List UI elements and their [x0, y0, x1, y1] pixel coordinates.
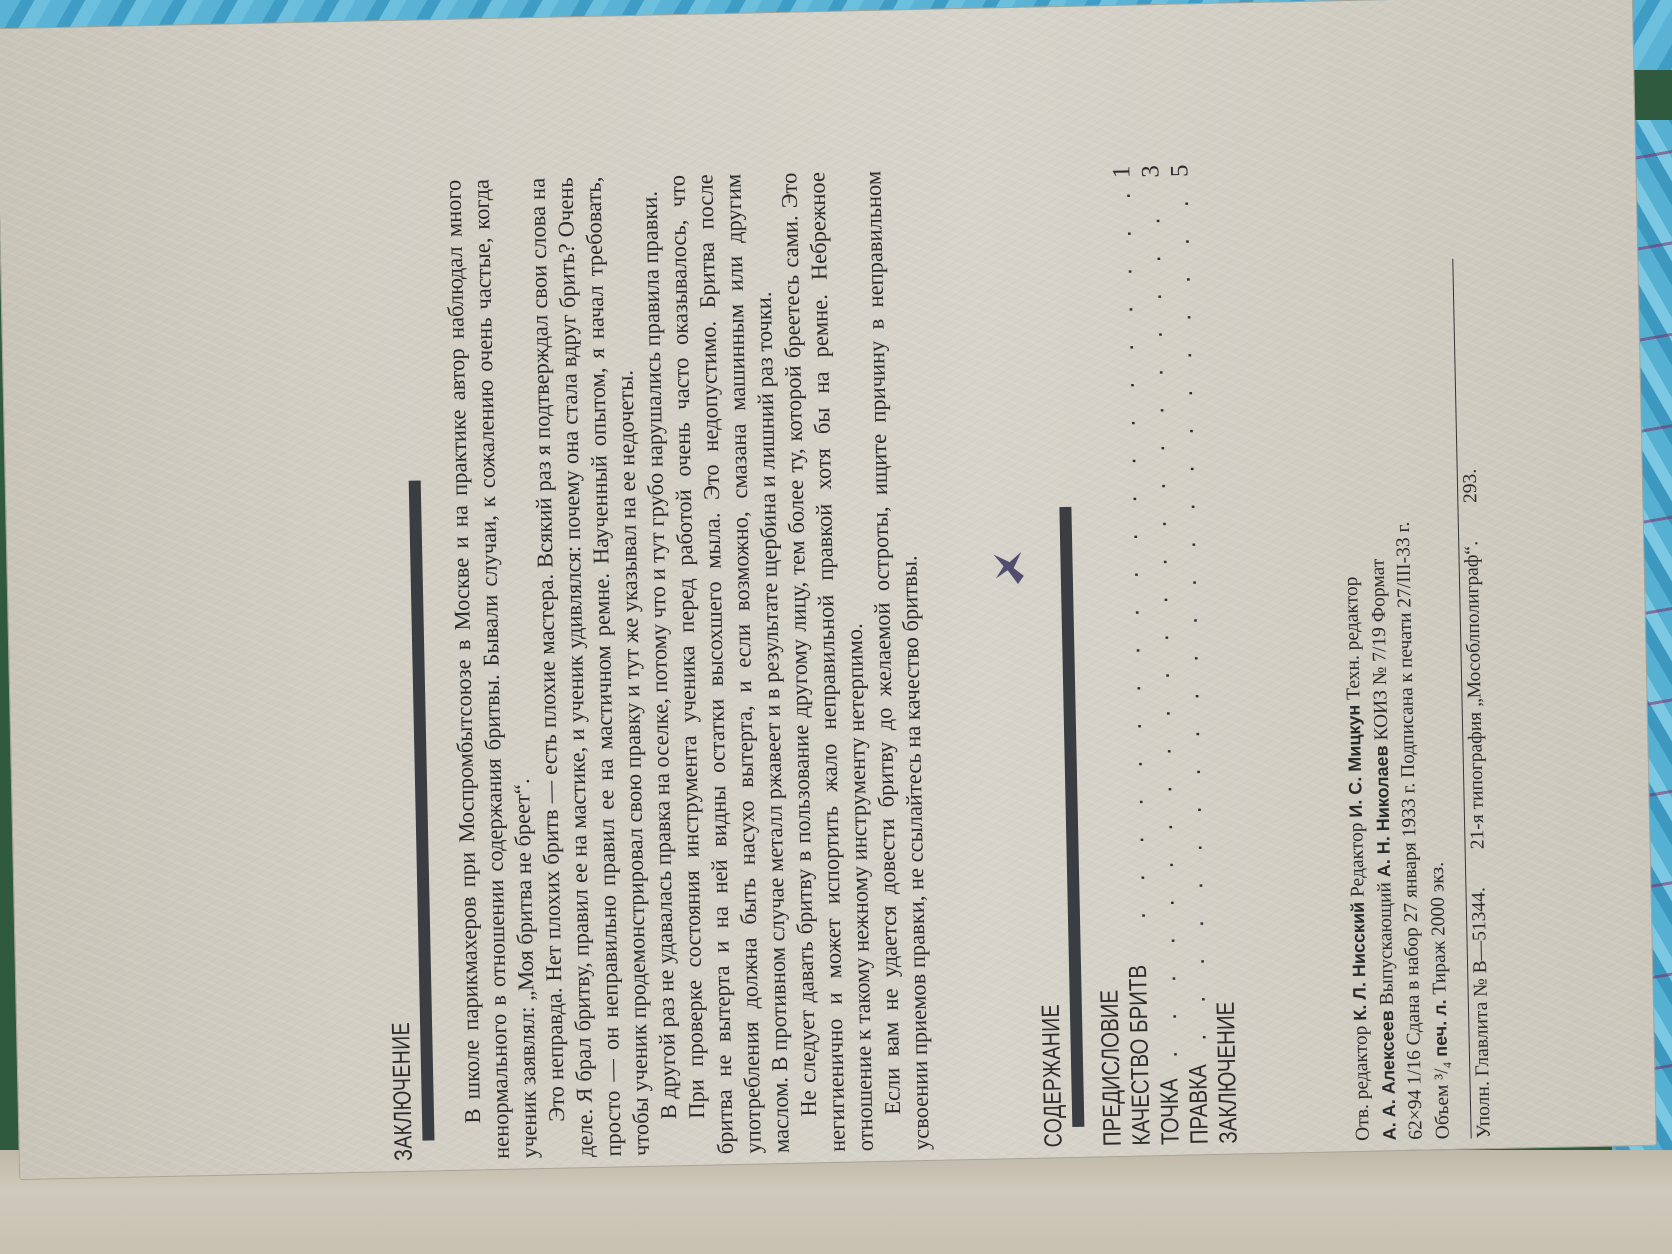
printer-name: 21-я типография „Мособлполиграф“.	[1459, 541, 1491, 850]
chief-editor: К. Л. Нисский	[1348, 902, 1370, 1021]
toc-page-number: 1	[1107, 165, 1136, 190]
editor: И. С. Мицкун	[1344, 704, 1366, 817]
order-number: 293.	[1458, 469, 1485, 504]
colophon: Отв. редактор К. Л. Нисский Редактор И. …	[1329, 158, 1497, 1141]
page-content: ЗАКЛЮЧЕНИЕ В школе парикмахеров при Мосп…	[369, 157, 1569, 1161]
ink-blot-icon	[987, 548, 1028, 589]
paragraph: При проверке состояния инструмента учени…	[663, 173, 795, 1155]
conclusion-section: ЗАКЛЮЧЕНИЕ	[369, 181, 435, 1162]
paragraph: Это неправда. Нет плохих бритв — есть пл…	[523, 176, 655, 1158]
toc-label: ТОЧКА	[1155, 1078, 1185, 1145]
tech-editor: А. А. Алексеев	[1377, 1010, 1400, 1140]
toc-label: ПРЕДИСЛОВИЕ	[1096, 990, 1128, 1147]
issuing-editor: А. Н. Николаев	[1371, 745, 1394, 877]
table-of-contents: СОДЕРЖАНИЕ ПРЕДИСЛОВИЕ КАЧЕСТВО БРИТВ . …	[1019, 164, 1243, 1148]
contents-title: СОДЕРЖАНИЕ	[1024, 383, 1069, 1148]
imprint-line: Уполн. Главлита № В—51344. 21-я типограф…	[1451, 158, 1498, 1138]
toc-label: ЗАКЛЮЧЕНИЕ	[1212, 1001, 1244, 1144]
section-body: В школе парикмахеров при Моспромбытсоюзе…	[439, 170, 935, 1160]
toc-page-number: 5	[1165, 164, 1194, 189]
toc-page-number: 3	[1136, 165, 1165, 190]
toc-label: КАЧЕСТВО БРИТВ	[1124, 965, 1157, 1146]
glavlit-number: Уполн. Главлита № В—51344.	[1466, 887, 1497, 1139]
book-page: ЗАКЛЮЧЕНИЕ В школе парикмахеров при Мосп…	[0, 0, 1656, 1179]
toc-label: ПРАВКА	[1184, 1064, 1215, 1145]
